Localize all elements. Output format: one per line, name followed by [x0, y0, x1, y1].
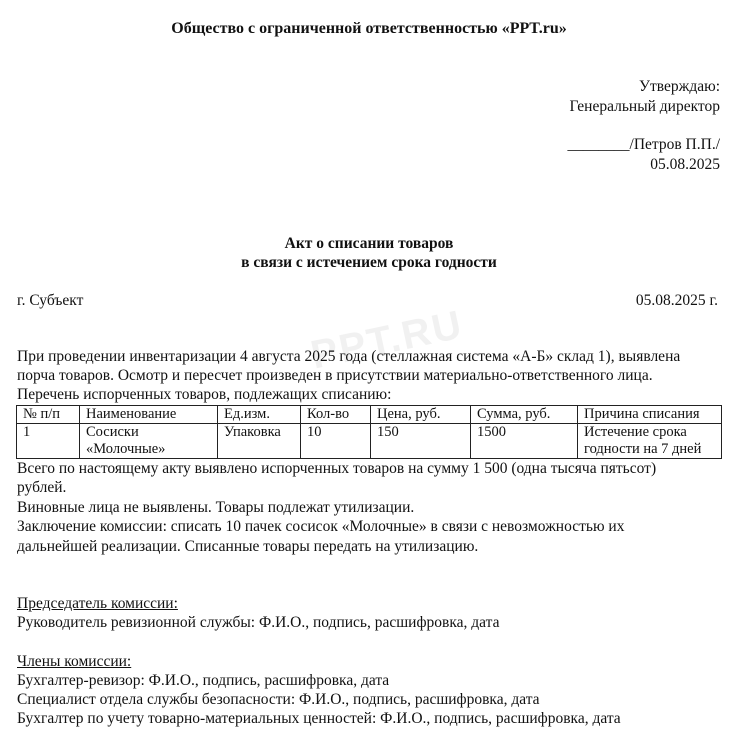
member-signature: Специалист отдела службы безопасности: Ф…	[17, 691, 540, 709]
act-date: 05.08.2025 г.	[636, 292, 718, 310]
city: г. Субъект	[17, 292, 83, 310]
approver-position: Генеральный директор	[570, 98, 721, 116]
col-header-unit: Ед.изм.	[218, 406, 301, 424]
act-title-line1: Акт о списании товаров	[0, 235, 738, 253]
intro-line3: Перечень испорченных товаров, подлежащих…	[17, 386, 391, 404]
culprits-text: Виновные лица не выявлены. Товары подлеж…	[17, 499, 414, 517]
chair-signature: Руководитель ревизионной службы: Ф.И.О.,…	[17, 614, 499, 632]
col-header-qty: Кол-во	[301, 406, 371, 424]
col-header-name: Наименование	[80, 406, 218, 424]
cell-qty: 10	[301, 424, 371, 459]
approval-date: 05.08.2025	[650, 156, 720, 174]
cell-reason: Истечение срока годности на 7 дней	[578, 424, 722, 459]
approve-label: Утверждаю:	[639, 78, 720, 96]
total-line2: рублей.	[17, 479, 66, 497]
col-header-sum: Сумма, руб.	[471, 406, 578, 424]
member-signature: Бухгалтер-ревизор: Ф.И.О., подпись, расш…	[17, 672, 389, 690]
act-title-line2: в связи с истечением срока годности	[0, 254, 738, 272]
table-header-row: № п/п Наименование Ед.изм. Кол-во Цена, …	[17, 406, 722, 424]
conclusion-line1: Заключение комиссии: списать 10 пачек со…	[17, 518, 624, 536]
intro-line2: порча товаров. Осмотр и пересчет произве…	[17, 367, 653, 385]
col-header-reason: Причина списания	[578, 406, 722, 424]
company-name: Общество с ограниченной ответственностью…	[0, 20, 738, 38]
cell-sum: 1500	[471, 424, 578, 459]
total-line1: Всего по настоящему акту выявлено испорч…	[17, 460, 656, 478]
col-header-num: № п/п	[17, 406, 80, 424]
items-table: № п/п Наименование Ед.изм. Кол-во Цена, …	[16, 405, 722, 459]
member-signature: Бухгалтер по учету товарно-материальных …	[17, 710, 621, 728]
conclusion-line2: дальнейшей реализации. Списанные товары …	[17, 538, 478, 556]
approver-signature: ________/Петров П.П./	[568, 136, 720, 154]
intro-line1: При проведении инвентаризации 4 августа …	[17, 348, 680, 366]
chair-heading: Председатель комиссии:	[17, 595, 178, 613]
col-header-price: Цена, руб.	[371, 406, 471, 424]
cell-name: Сосиски «Молочные»	[80, 424, 218, 459]
members-heading: Члены комиссии:	[17, 653, 131, 671]
cell-num: 1	[17, 424, 80, 459]
table-row: 1 Сосиски «Молочные» Упаковка 10 150 150…	[17, 424, 722, 459]
cell-price: 150	[371, 424, 471, 459]
cell-unit: Упаковка	[218, 424, 301, 459]
